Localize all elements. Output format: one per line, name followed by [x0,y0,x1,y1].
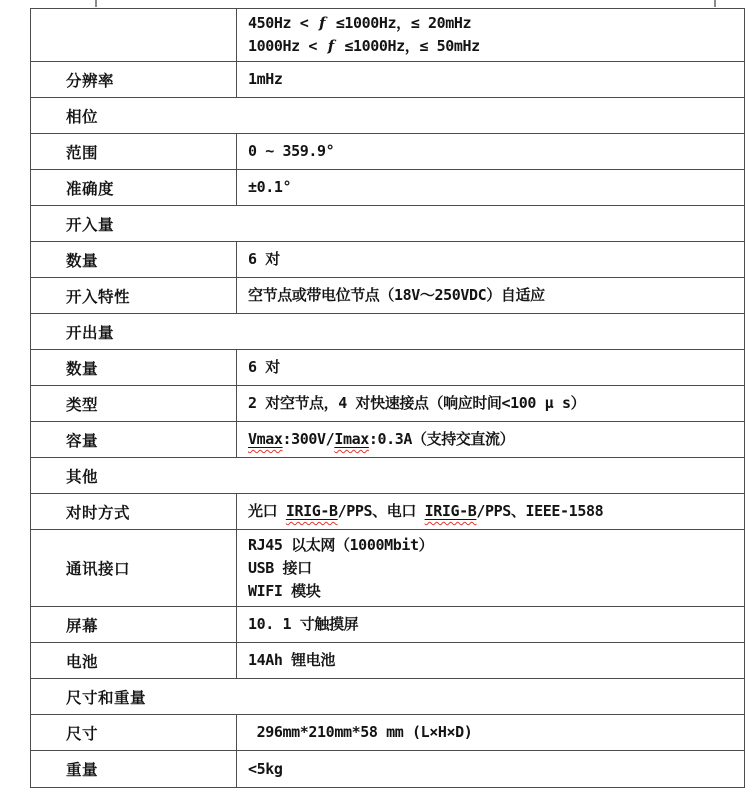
section-label: 相位 [31,98,98,133]
value-line: 296mm*210mm*58 mm (L×H×D) [248,721,736,744]
spec-label: 容量 [31,422,236,457]
table-row: 电池14Ah 锂电池 [31,643,744,679]
spec-label [31,9,236,61]
spec-label: 类型 [31,386,236,421]
section-label: 开入量 [31,206,114,241]
italic-f-symbol: f [326,37,336,55]
spec-value: 6 对 [236,242,744,277]
table-row: 重量<5kg [31,751,744,787]
table-row: 容量Vmax:300V/Imax:0.3A（支持交直流） [31,422,744,458]
section-label: 尺寸和重量 [31,679,146,714]
value-line: 14Ah 锂电池 [248,649,736,672]
value-line: WIFI 模块 [248,580,736,603]
table-row: 分辨率1mHz [31,62,744,98]
section-label: 开出量 [31,314,114,349]
table-row: 准确度±0.1° [31,170,744,206]
table-row: 450Hz < f ≤1000Hz，≤ 20mHz1000Hz < f ≤100… [31,9,744,62]
table-row: 范围0 ~ 359.9° [31,134,744,170]
value-line: 2 对空节点，4 对快速接点（响应时间<100 μ s） [248,392,736,415]
value-text: :300V/ [283,430,335,448]
value-text: 2 对空节点，4 对快速接点（响应时间<100 μ s） [248,394,585,412]
spec-label: 范围 [31,134,236,169]
spec-label: 准确度 [31,170,236,205]
section-row: 相位 [31,98,744,134]
table-row: 尺寸 296mm*210mm*58 mm (L×H×D) [31,715,744,751]
spec-value: 296mm*210mm*58 mm (L×H×D) [236,715,744,750]
value-line: 1mHz [248,68,736,91]
value-line: 光口 IRIG-B/PPS、电口 IRIG-B/PPS、IEEE-1588 [248,500,736,523]
value-line: 空节点或带电位节点（18V～250VDC）自适应 [248,284,736,307]
spec-label: 对时方式 [31,494,236,529]
spec-label: 通讯接口 [31,530,236,606]
table-row: 类型2 对空节点，4 对快速接点（响应时间<100 μ s） [31,386,744,422]
value-text: ≤1000Hz，≤ 50mHz [336,37,480,55]
table-row: 对时方式光口 IRIG-B/PPS、电口 IRIG-B/PPS、IEEE-158… [31,494,744,530]
value-text: /PPS、IEEE-1588 [476,502,603,520]
italic-f-symbol: f [317,14,327,32]
spec-value: 10. 1 寸触摸屏 [236,607,744,642]
spec-value: 空节点或带电位节点（18V～250VDC）自适应 [236,278,744,313]
spec-value: 光口 IRIG-B/PPS、电口 IRIG-B/PPS、IEEE-1588 [236,494,744,529]
section-row: 尺寸和重量 [31,679,744,715]
cropped-text-artifact [95,0,97,7]
spec-value: 6 对 [236,350,744,385]
value-text: :0.3A（支持交直流） [369,430,514,448]
spec-value: ±0.1° [236,170,744,205]
value-text: 光口 [248,502,286,520]
value-line: 6 对 [248,248,736,271]
value-text: 空节点或带电位节点（18V～250VDC）自适应 [248,286,545,304]
spec-label: 尺寸 [31,715,236,750]
underlined-token: IRIG-B [425,502,477,520]
spec-table: 450Hz < f ≤1000Hz，≤ 20mHz1000Hz < f ≤100… [30,8,745,788]
spec-label: 开入特性 [31,278,236,313]
value-line: Vmax:300V/Imax:0.3A（支持交直流） [248,428,736,451]
spec-label: 数量 [31,242,236,277]
spellcheck-token: Vmax [248,430,283,448]
value-line: 1000Hz < f ≤1000Hz，≤ 50mHz [248,35,736,58]
value-line: <5kg [248,758,736,781]
spec-value: 1mHz [236,62,744,97]
value-text: <5kg [248,760,283,778]
value-line: 450Hz < f ≤1000Hz，≤ 20mHz [248,12,736,35]
value-line: 10. 1 寸触摸屏 [248,613,736,636]
value-text: /PPS、电口 [338,502,425,520]
spec-value: 0 ~ 359.9° [236,134,744,169]
spec-label: 屏幕 [31,607,236,642]
value-text: ±0.1° [248,178,291,196]
value-text: 1mHz [248,70,283,88]
spellcheck-token: IRIG-B [286,502,338,520]
underlined-token: Imax [334,430,369,448]
section-row: 开入量 [31,206,744,242]
section-row: 其他 [31,458,744,494]
spec-value: Vmax:300V/Imax:0.3A（支持交直流） [236,422,744,457]
value-line: USB 接口 [248,557,736,580]
spec-label: 重量 [31,751,236,787]
document-page: 450Hz < f ≤1000Hz，≤ 20mHz1000Hz < f ≤100… [0,0,750,788]
value-text: 10. 1 寸触摸屏 [248,615,358,633]
value-text: 296mm*210mm*58 mm (L×H×D) [248,723,472,741]
spec-value: 14Ah 锂电池 [236,643,744,678]
underlined-token: Vmax [248,430,283,448]
table-row: 数量6 对 [31,350,744,386]
value-line: RJ45 以太网（1000Mbit） [248,534,736,557]
table-row: 开入特性空节点或带电位节点（18V～250VDC）自适应 [31,278,744,314]
spec-label: 数量 [31,350,236,385]
spellcheck-token: IRIG-B [425,502,477,520]
spec-value: 450Hz < f ≤1000Hz，≤ 20mHz1000Hz < f ≤100… [236,9,744,61]
value-text: RJ45 以太网（1000Mbit） [248,536,433,554]
value-text: 1000Hz < [248,37,326,55]
table-row: 数量6 对 [31,242,744,278]
value-text: USB 接口 [248,559,312,577]
value-line: ±0.1° [248,176,736,199]
value-text: ≤1000Hz，≤ 20mHz [327,14,471,32]
underlined-token: IRIG-B [286,502,338,520]
spec-value: <5kg [236,751,744,787]
value-line: 6 对 [248,356,736,379]
spec-value: 2 对空节点，4 对快速接点（响应时间<100 μ s） [236,386,744,421]
table-row: 屏幕10. 1 寸触摸屏 [31,607,744,643]
value-line: 0 ~ 359.9° [248,140,736,163]
value-text: 14Ah 锂电池 [248,651,335,669]
section-label: 其他 [31,458,98,493]
spec-label: 电池 [31,643,236,678]
spec-label: 分辨率 [31,62,236,97]
section-row: 开出量 [31,314,744,350]
value-text: 0 ~ 359.9° [248,142,334,160]
spellcheck-token: Imax [334,430,369,448]
table-row: 通讯接口RJ45 以太网（1000Mbit）USB 接口WIFI 模块 [31,530,744,607]
value-text: 6 对 [248,358,280,376]
cropped-text-artifact [714,0,716,7]
value-text: 6 对 [248,250,280,268]
value-text: 450Hz < [248,14,317,32]
value-text: WIFI 模块 [248,582,320,600]
spec-value: RJ45 以太网（1000Mbit）USB 接口WIFI 模块 [236,530,744,606]
